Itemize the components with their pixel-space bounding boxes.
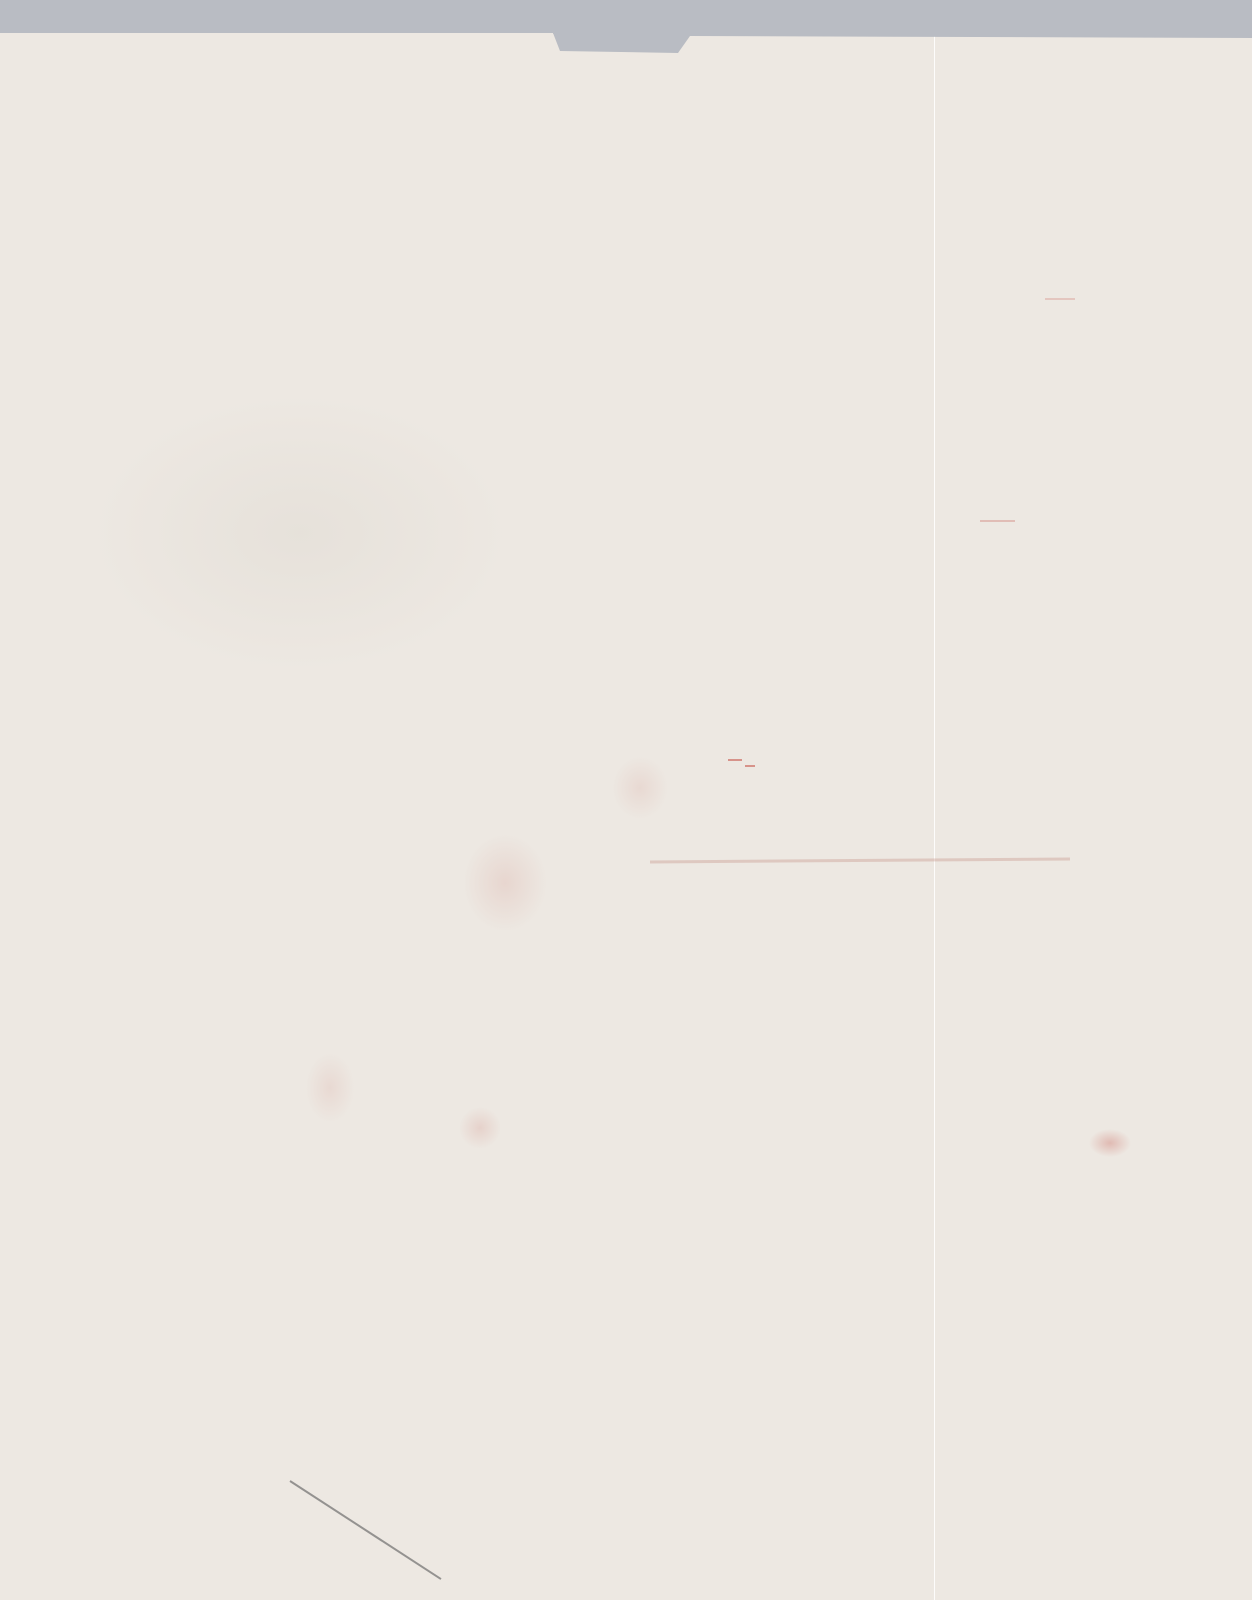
red-mark: [728, 759, 742, 761]
red-mark: [980, 520, 1015, 522]
red-mark: [1045, 298, 1075, 300]
paper-tear: [289, 1480, 441, 1580]
paper-sheet: [0, 33, 1252, 1600]
red-mark: [745, 765, 755, 767]
fold-line: [934, 33, 935, 1600]
faint-red-streak: [650, 858, 1070, 864]
